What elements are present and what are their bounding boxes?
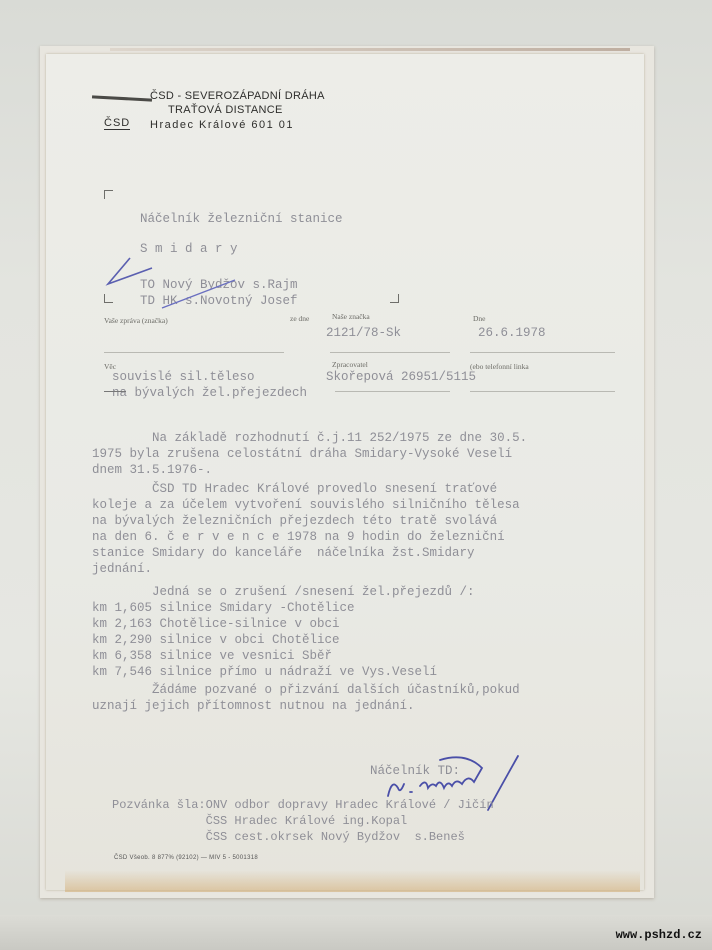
letterhead-line1: ČSD - SEVEROZÁPADNÍ DRÁHA: [150, 90, 325, 102]
distribution-list: Pozvánka šla:ONV odbor dopravy Hradec Kr…: [112, 797, 494, 845]
crossing-item: km 2,290 silnice v obci Chotělice: [92, 632, 475, 648]
sheet-edge: [110, 48, 630, 51]
pen-checkmark-icon: [100, 250, 420, 310]
subject-line1: souvislé sil.těleso: [112, 370, 255, 384]
watermark: www.pshzd.cz: [616, 928, 702, 942]
label-your-ref: Vaše zpráva (značka): [104, 316, 168, 325]
processed-by-value: Skořepová 26951/5115: [326, 370, 476, 384]
rule: [470, 352, 615, 353]
rule: [104, 352, 284, 353]
body-paragraph-2: ČSD TD Hradec Králové provedlo snesení t…: [92, 481, 520, 577]
recipient-line1: Náčelník železniční stanice: [140, 212, 343, 226]
rule: [470, 391, 615, 392]
letterhead-address: Hradec Králové 601 01: [150, 119, 294, 131]
body-paragraph-1: Na základě rozhodnutí č.j.11 252/1975 ze…: [92, 430, 527, 478]
crossing-item: km 6,358 silnice ve vesnici Sběř: [92, 648, 475, 664]
address-corner-tl: [104, 190, 113, 199]
form-footnote: ČSD Všeob. 8 877% (92102) — MIV 5 - 5001…: [114, 855, 258, 861]
rule: [104, 391, 126, 392]
rule: [335, 391, 450, 392]
body-paragraph-3: Jedná se o zrušení /snesení žel.přejezdů…: [92, 584, 475, 680]
body-paragraph-4: Žádáme pozvané o přizvání dalších účastn…: [92, 682, 520, 714]
label-phone: (ebo telefonní linka: [470, 362, 529, 371]
background-surface: [0, 915, 712, 950]
label-date-from: ze dne: [290, 314, 309, 323]
subject-line2: na bývalých žel.přejezdech: [112, 386, 307, 400]
csd-logo: ČSD: [104, 117, 130, 130]
crossing-item: km 1,605 silnice Smidary -Chotělice: [92, 600, 475, 616]
label-date: Dne: [473, 314, 486, 323]
label-processed-by: Zpracovatel: [332, 360, 368, 369]
letterhead-line2: TRAŤOVÁ DISTANCE: [168, 104, 283, 116]
crossing-item: km 2,163 Chotělice-silnice v obci: [92, 616, 475, 632]
paper-stain: [65, 870, 640, 892]
date-value: 26.6.1978: [478, 326, 546, 340]
our-ref-value: 2121/78-Sk: [326, 326, 401, 340]
label-our-ref: Naše značka: [332, 312, 370, 321]
rule: [330, 352, 450, 353]
crossing-item: km 7,546 silnice přímo u nádraží ve Vys.…: [92, 664, 475, 680]
